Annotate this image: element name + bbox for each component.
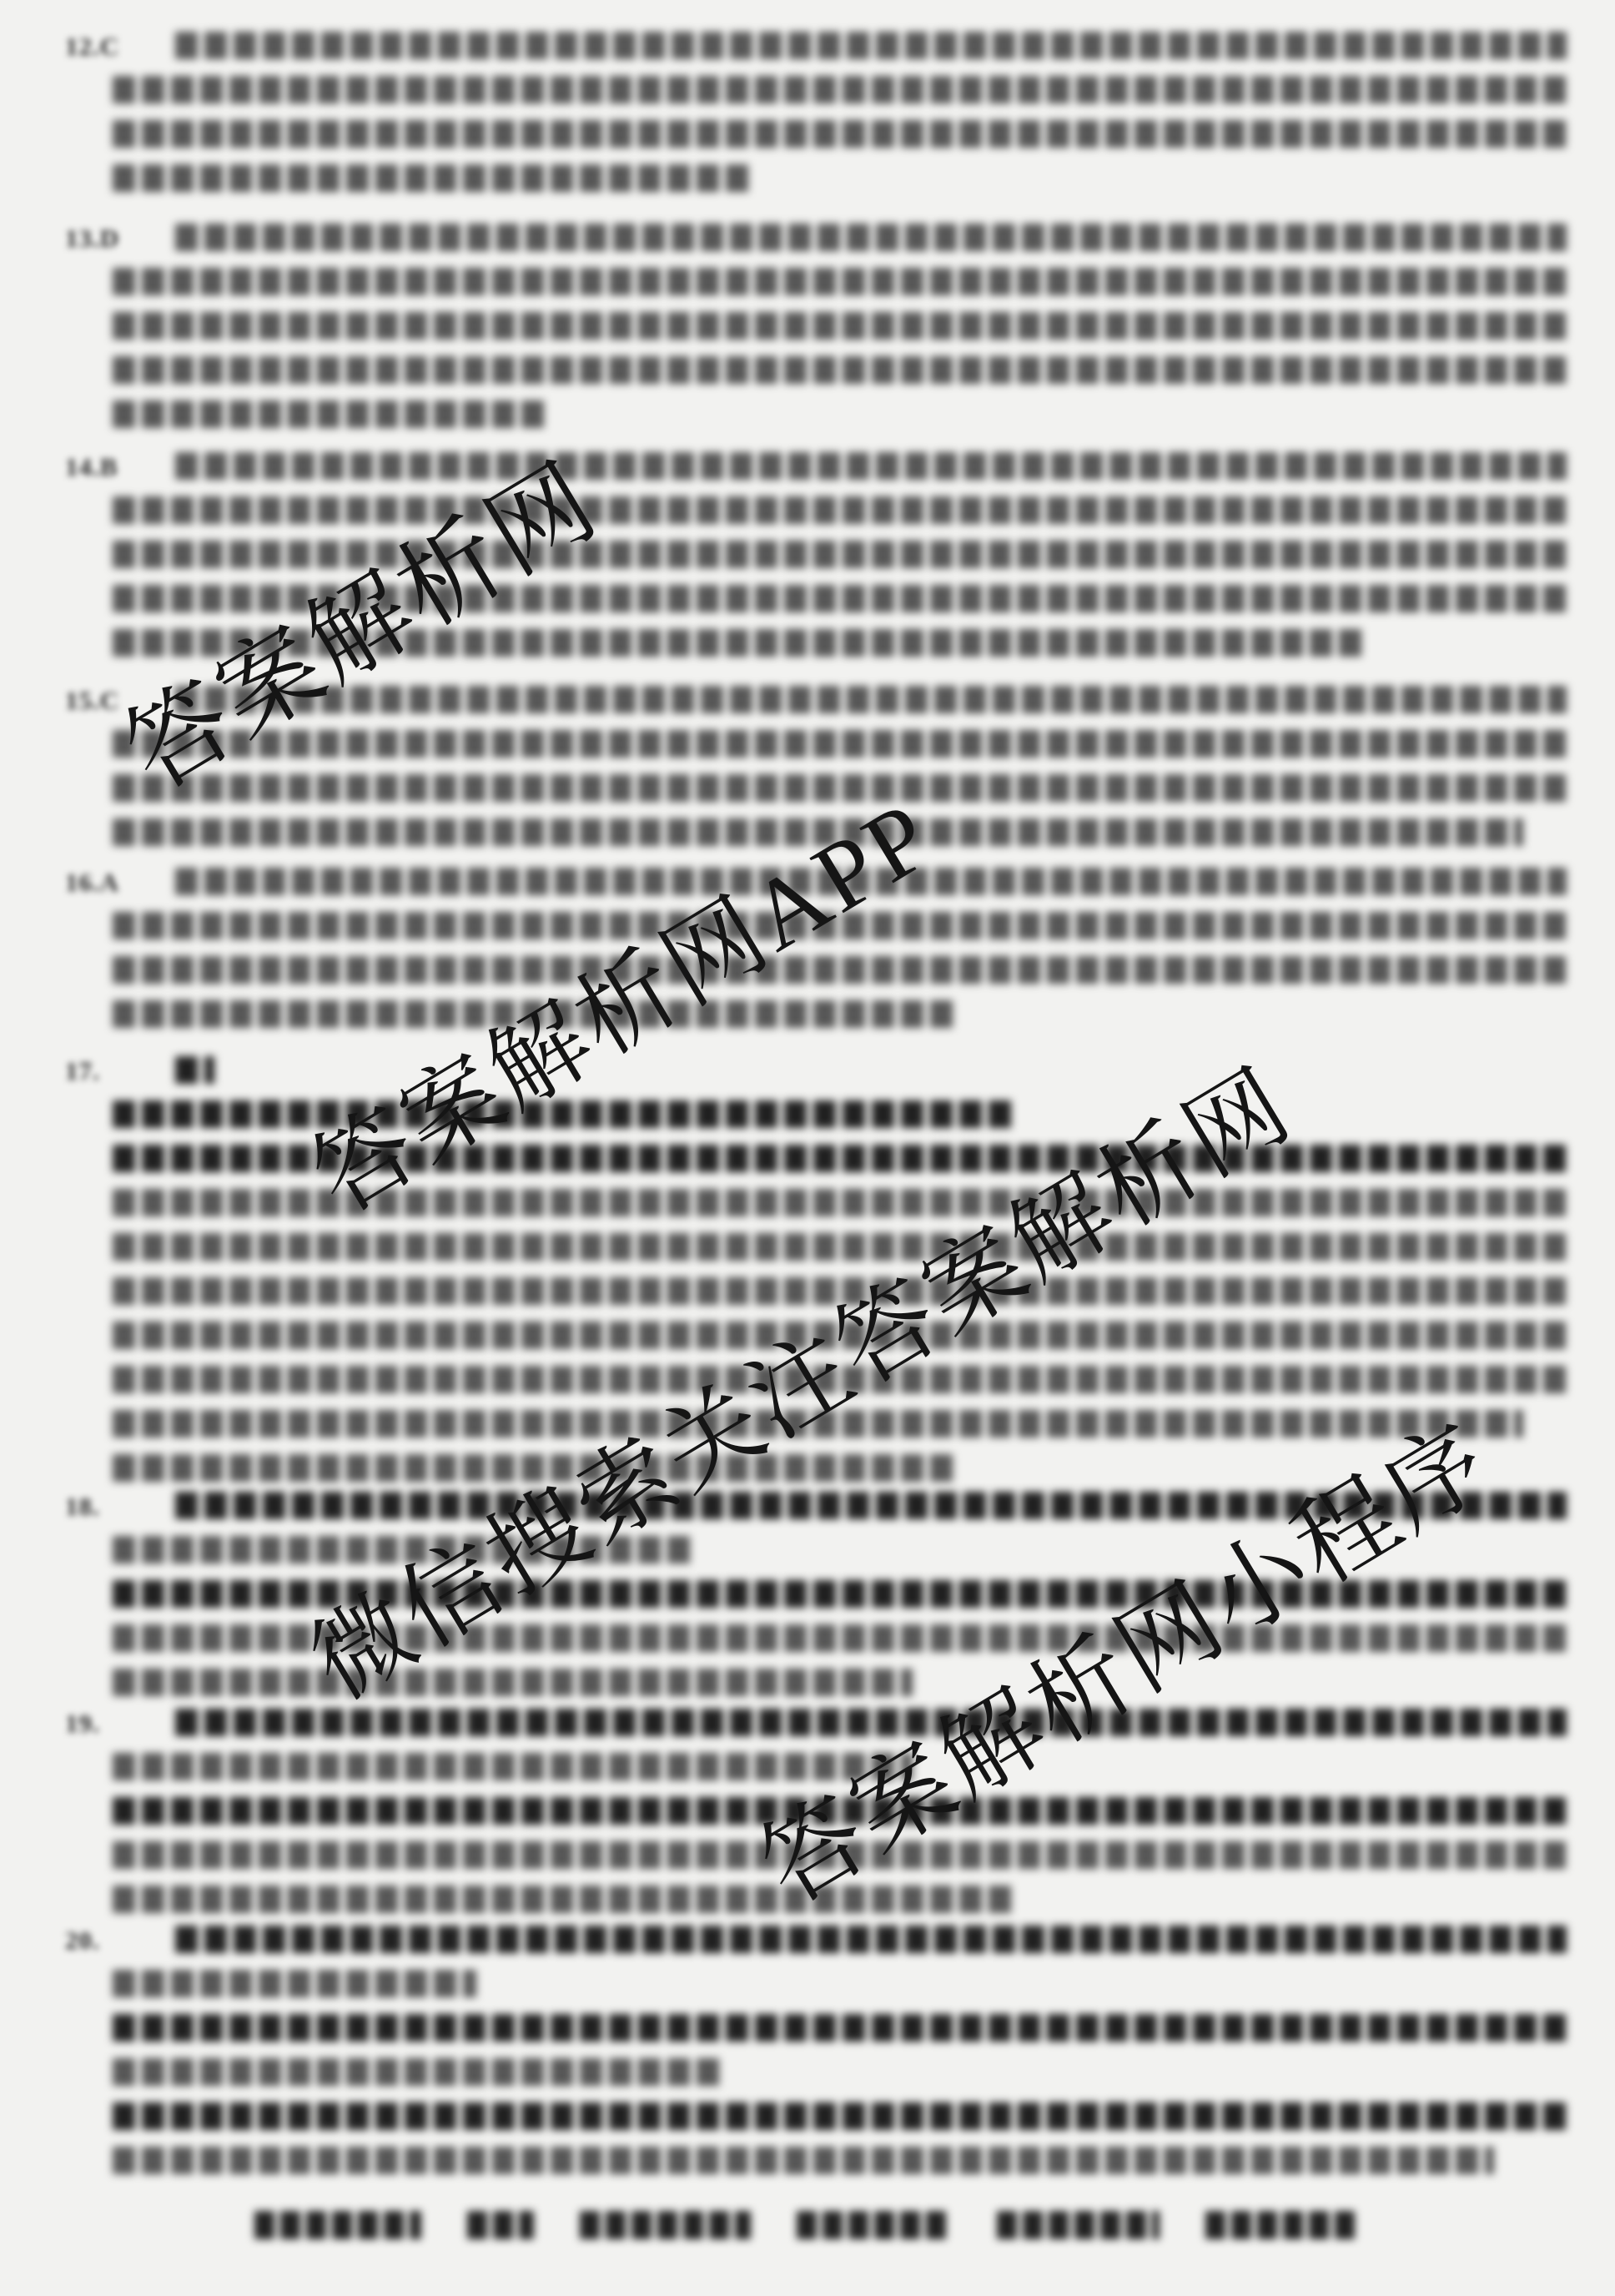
blurred-text-line bbox=[113, 356, 1567, 384]
footer-blurred-segment bbox=[997, 2211, 1160, 2239]
blurred-text-line bbox=[113, 312, 1567, 340]
blurred-paragraph bbox=[113, 32, 1567, 192]
answer-item-20: 20. bbox=[65, 1926, 1567, 2191]
blurred-text-line bbox=[113, 1366, 1567, 1393]
blurred-text-line bbox=[113, 956, 1567, 984]
blurred-text-line bbox=[113, 120, 1567, 148]
answer-item-17: 17. bbox=[65, 1056, 1567, 1498]
blurred-text-line bbox=[175, 32, 1567, 59]
answer-label-13: 13.D bbox=[65, 224, 119, 254]
answer-item-13: 13.D bbox=[65, 224, 1567, 445]
answer-label-18: 18. bbox=[65, 1492, 100, 1522]
blurred-text-line bbox=[113, 1970, 476, 1997]
blurred-text-line bbox=[113, 1145, 1567, 1172]
blurred-paragraph bbox=[113, 1709, 1567, 1913]
blurred-text-line bbox=[113, 629, 1363, 657]
blurred-text-line bbox=[113, 818, 1523, 846]
answer-item-14: 14.B bbox=[65, 452, 1567, 673]
footer-line bbox=[254, 2211, 1356, 2239]
footer-blurred-segment bbox=[467, 2211, 534, 2239]
answer-label-12: 12.C bbox=[65, 32, 119, 62]
blurred-text-line bbox=[113, 774, 1567, 802]
blurred-text-line bbox=[113, 585, 1567, 612]
answer-label-14: 14.B bbox=[65, 452, 118, 482]
blurred-paragraph bbox=[113, 452, 1567, 657]
answer-label-19: 19. bbox=[65, 1709, 100, 1739]
blurred-text-line bbox=[113, 1886, 1014, 1913]
blurred-text-line bbox=[113, 1580, 1567, 1608]
blurred-text-line bbox=[113, 912, 1567, 939]
blurred-paragraph bbox=[113, 686, 1567, 846]
blurred-text-line bbox=[113, 730, 1567, 758]
blurred-text-line bbox=[113, 1753, 913, 1780]
blurred-text-line bbox=[175, 1926, 1567, 1953]
answer-item-15: 15.C bbox=[65, 686, 1567, 863]
blurred-text-line bbox=[113, 2058, 723, 2086]
blurred-paragraph bbox=[113, 1056, 1567, 1482]
blurred-paragraph bbox=[113, 1926, 1567, 2174]
blurred-text-line bbox=[175, 452, 1567, 480]
answer-item-19: 19. bbox=[65, 1709, 1567, 1930]
footer-blurred-segment bbox=[254, 2211, 421, 2239]
blurred-text-line bbox=[175, 1056, 214, 1084]
blurred-text-line bbox=[113, 1669, 913, 1696]
blurred-text-line bbox=[113, 164, 752, 192]
footer-blurred-segment bbox=[797, 2211, 951, 2239]
blurred-text-line bbox=[113, 76, 1567, 103]
blurred-text-line bbox=[175, 686, 1567, 713]
blurred-text-line bbox=[113, 2014, 1567, 2042]
blurred-text-line bbox=[113, 1277, 1567, 1305]
blurred-text-line bbox=[113, 400, 549, 428]
blurred-text-line bbox=[113, 1100, 1014, 1128]
answer-label-20: 20. bbox=[65, 1926, 100, 1956]
blurred-text-line bbox=[175, 1492, 1567, 1519]
blurred-text-line bbox=[113, 1536, 694, 1563]
answer-item-12: 12.C bbox=[65, 32, 1567, 209]
answer-label-17: 17. bbox=[65, 1056, 100, 1086]
blurred-text-line bbox=[113, 1000, 956, 1028]
blurred-text-line bbox=[113, 1189, 1567, 1216]
footer-blurred-segment bbox=[1205, 2211, 1356, 2239]
blurred-text-line bbox=[113, 2147, 1494, 2174]
footer-blurred-segment bbox=[580, 2211, 751, 2239]
blurred-text-line bbox=[175, 224, 1567, 251]
blurred-text-line bbox=[175, 868, 1567, 895]
exam-answer-page: 12.C 13.D 14.B 15.C 16.A 17. 18. 19. 20.… bbox=[0, 0, 1615, 2296]
blurred-paragraph bbox=[113, 1492, 1567, 1696]
blurred-text-line bbox=[113, 1233, 1567, 1261]
blurred-text-line bbox=[113, 1797, 1567, 1825]
answer-label-15: 15.C bbox=[65, 686, 119, 716]
blurred-text-line bbox=[113, 541, 1567, 568]
blurred-text-line bbox=[113, 1410, 1523, 1438]
blurred-text-line bbox=[175, 1709, 1567, 1736]
answer-item-18: 18. bbox=[65, 1492, 1567, 1713]
answer-item-16: 16.A bbox=[65, 868, 1567, 1045]
blurred-text-line bbox=[113, 1841, 1567, 1869]
blurred-text-line bbox=[113, 496, 1567, 524]
blurred-paragraph bbox=[113, 224, 1567, 428]
blurred-paragraph bbox=[113, 868, 1567, 1028]
answer-label-16: 16.A bbox=[65, 868, 119, 898]
blurred-text-line bbox=[113, 2102, 1567, 2130]
blurred-text-line bbox=[113, 1454, 956, 1482]
blurred-text-line bbox=[113, 268, 1567, 295]
blurred-text-line bbox=[113, 1624, 1567, 1652]
blurred-text-line bbox=[113, 1322, 1567, 1349]
